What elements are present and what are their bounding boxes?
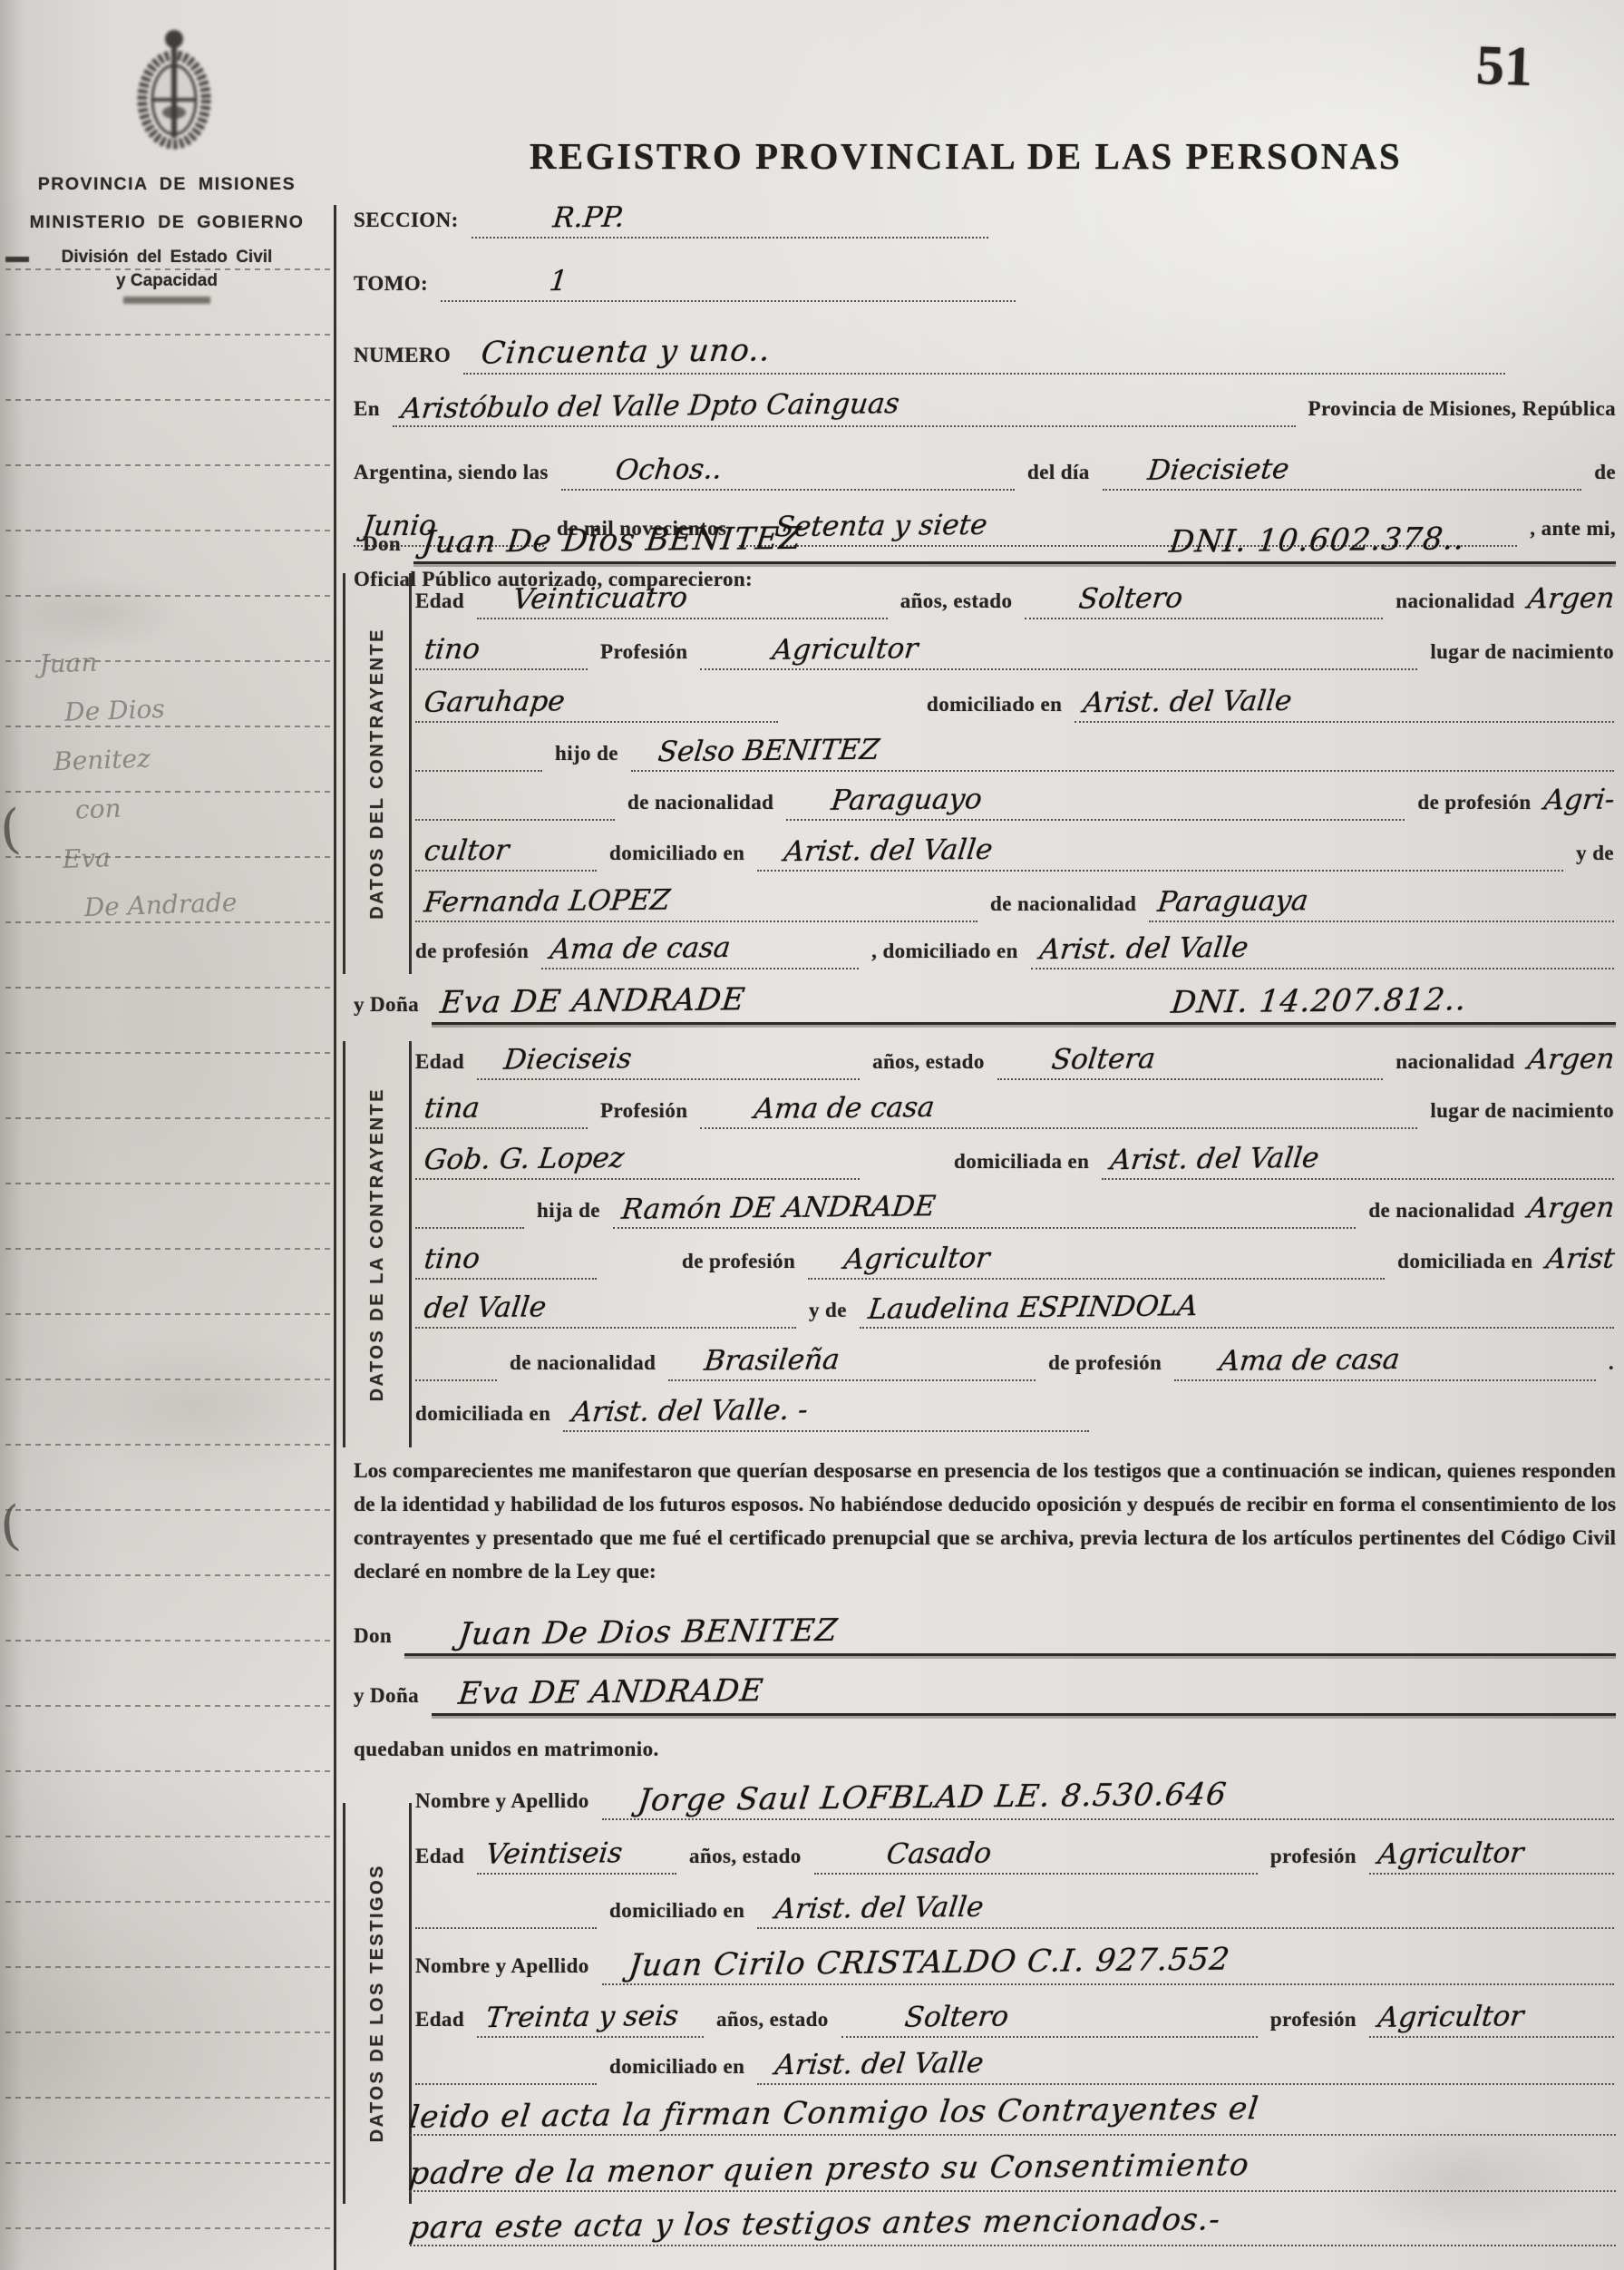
line-groom-mother: Fernanda LOPEZ de nacionalidad Paraguaya [415, 885, 1614, 922]
margin-note-line: Benitez [53, 731, 232, 786]
bride-nac-part2: tina [415, 1092, 588, 1129]
edad-label: Edad [415, 2008, 464, 2031]
nombre-apellido-label: Nombre y Apellido [415, 1789, 589, 1813]
y-de-label: y de [809, 1299, 847, 1322]
domicilio-label: domiciliada en [954, 1150, 1089, 1174]
fnac-label: de nacionalidad [627, 791, 773, 814]
tomo-value: 1 [441, 265, 1016, 302]
groom-nac-part2: tino [415, 633, 588, 670]
groom-name: Juan De Dios BENITEZ [421, 521, 804, 560]
estado-label: años, estado [872, 1050, 985, 1074]
en-label: En [354, 397, 380, 421]
don-label: Don [363, 532, 401, 556]
line-witness1-name: Nombre y Apellido Jorge Saul LOFBLAD LE.… [415, 1779, 1614, 1820]
mnac-label: de nacionalidad [510, 1351, 656, 1375]
line-declared-bride: y Doña Eva DE ANDRADE [354, 1674, 1616, 1716]
margin-note-line: De Dios [63, 682, 230, 736]
witness2-dom-value: Arist. del Valle [757, 2048, 1614, 2085]
line-united: quedaban unidos en matrimonio. [354, 1738, 1616, 1761]
line-bride-profession: tina Profesión Ama de casa lugar de naci… [415, 1092, 1614, 1129]
siendo-las-label: Argentina, siendo las [354, 461, 549, 484]
closing-line-1: leido el acta la firman Conmigo los Cont… [410, 2095, 1616, 2136]
bride-mother-nac-value: Brasileña [668, 1344, 1036, 1381]
margin-note-line: De Andrade [83, 878, 238, 932]
form-left-border [334, 205, 336, 2270]
dona-label: y Doña [354, 993, 419, 1017]
de-label: de [1594, 461, 1616, 484]
section-groom: DATOS DEL CONTRAYENTE [343, 573, 412, 974]
line-groom-name: Don Juan De Dios BENITEZ DNI. 10.602.378… [363, 522, 1616, 564]
section-bride: DATOS DE LA CONTRAYENTE [343, 1041, 412, 1447]
witness2-age-value: Treinta y seis [477, 2001, 704, 2038]
line-witness2-age: Edad Treinta y seis años, estado Soltero… [415, 2001, 1614, 2038]
father-nac-value: Paraguayo [786, 784, 1405, 821]
groom-age-value: Veinticuatro [477, 582, 888, 619]
section-witnesses-label: DATOS DE LOS TESTIGOS [367, 1864, 388, 2142]
fnac-label: de nacionalidad [1368, 1199, 1514, 1223]
father-prof-part1: Agri- [1541, 784, 1616, 817]
blank-rule [415, 1344, 497, 1381]
domicilio-label: domiciliado en [609, 2055, 744, 2079]
bride-nac-part1: Argen [1526, 1043, 1617, 1077]
profesion-label: Profesión [600, 640, 687, 664]
scanned-marriage-certificate: { "colors": {"paper":"#d8d6d2","ink":"#1… [0, 0, 1624, 2270]
margin-dash-mark [5, 257, 29, 262]
line-witness1-domicile: domiciliado en Arist. del Valle [415, 1892, 1614, 1929]
line-mother-profession: de profesión Ama de casa , domiciliado e… [415, 932, 1614, 969]
province-printed: Provincia de Misiones, República [1308, 397, 1617, 421]
closing-line-2: padre de la menor quien presto su Consen… [410, 2151, 1616, 2192]
bride-age-value: Dieciseis [477, 1043, 860, 1080]
line-bride-mother: del Valle y de Laudelina ESPINDOLA [415, 1291, 1614, 1329]
groom-dni: DNI. 10.602.378.. [1168, 521, 1467, 560]
line-bride-father: hija de Ramón DE ANDRADE de nacionalidad… [415, 1192, 1614, 1229]
margin-ruled-lines [5, 268, 330, 2244]
blank-rule [415, 2048, 597, 2085]
witness2-name-value: Juan Cirilo CRISTALDO C.I. 927.552 [602, 1944, 1614, 1985]
bride-domicile-value: Arist. del Valle [1102, 1143, 1614, 1180]
page-title: REGISTRO PROVINCIAL DE LAS PERSONAS [494, 134, 1437, 178]
line-bride-father-prof: tino de profesión Agricultor domiciliada… [415, 1242, 1614, 1280]
groom-nac-part1: Argen [1526, 582, 1617, 616]
nombre-apellido-label: Nombre y Apellido [415, 1954, 589, 1978]
section-bride-label: DATOS DE LA CONTRAYENTE [367, 1087, 388, 1401]
declared-groom-name: Juan De Dios BENITEZ [404, 1614, 1616, 1656]
line-father-domicile: cultor domiciliado en Arist. del Valle y… [415, 834, 1614, 872]
witness1-dom-value: Arist. del Valle [757, 1892, 1614, 1929]
don-label: Don [354, 1624, 392, 1648]
groom-father-value: Selso BENITEZ [631, 735, 1614, 772]
line-witness2-domicile: domiciliado en Arist. del Valle [415, 2048, 1614, 2085]
bride-dni: DNI. 14.207.812.. [1170, 981, 1469, 1020]
line-bride-mother-dom: domiciliada en Arist. del Valle. - [415, 1395, 1614, 1432]
lugar-label: lugar de nacimiento [1430, 640, 1614, 664]
bride-mother-prof-value: Ama de casa [1174, 1344, 1596, 1381]
line-groom-father: hijo de Selso BENITEZ [415, 735, 1614, 772]
y-de-label: y de [1576, 842, 1614, 865]
witness2-estado-value: Soltero [841, 2001, 1258, 2038]
line-declared-groom: Don Juan De Dios BENITEZ [354, 1614, 1616, 1656]
line-witness2-name: Nombre y Apellido Juan Cirilo CRISTALDO … [415, 1944, 1614, 1985]
blank-rule [415, 1192, 524, 1229]
nacionalidad-label: nacionalidad [1395, 589, 1514, 613]
witness1-prof-value: Agricultor [1369, 1837, 1614, 1875]
del-dia-label: del día [1027, 461, 1090, 484]
profesion-label: profesión [1270, 2008, 1357, 2031]
closing-text: para este acta y los testigos antes menc… [410, 2206, 1616, 2246]
domicilio-label: domiciliado en [927, 693, 1062, 716]
line-groom-age: Edad Veinticuatro años, estado Soltero n… [415, 582, 1614, 619]
period-mark: . [1609, 1351, 1614, 1375]
bride-father-nac-part1: Argen [1526, 1192, 1617, 1225]
ministry-name: MINISTERIO DE GOBIERNO [7, 212, 326, 233]
profesion-label: Profesión [600, 1099, 687, 1123]
fdom-label: domiciliado en [609, 842, 744, 865]
groom-domicile-value: Arist. del Valle [1075, 686, 1614, 723]
domicilio-label: domiciliado en [609, 1899, 744, 1923]
line-bride-age: Edad Dieciseis años, estado Soltera naci… [415, 1043, 1614, 1080]
groom-name-value: Juan De Dios BENITEZ DNI. 10.602.378.. [413, 522, 1616, 564]
line-time-day: Argentina, siendo las Ochos.. del día Di… [354, 453, 1616, 491]
bride-prof-value: Ama de casa [700, 1092, 1417, 1129]
coat-of-arms-icon [125, 25, 223, 164]
blank-rule [415, 784, 615, 821]
groom-estado-value: Soltero [1025, 582, 1383, 619]
bride-father-value: Ramón DE ANDRADE [613, 1192, 1356, 1229]
hijo-de-label: hijo de [555, 742, 618, 765]
father-prof-part2: cultor [415, 834, 597, 872]
closing-text: leido el acta la firman Conmigo los Cont… [410, 2095, 1616, 2136]
numero-value: Cincuenta y uno.. [463, 334, 1505, 375]
line-father-nationality: de nacionalidad Paraguayo de profesión A… [415, 784, 1614, 821]
mother-domicile-value: Arist. del Valle [1031, 932, 1614, 969]
bride-father-dom-part2: del Valle [415, 1291, 796, 1329]
mprof-label: de profesión [1048, 1351, 1162, 1375]
witness1-estado-value: Casado [814, 1837, 1258, 1875]
line-groom-profession: tino Profesión Agricultor lugar de nacim… [415, 633, 1614, 670]
margin-note-line: Juan [38, 633, 229, 688]
hour-value: Ochos.. [561, 453, 1015, 491]
mdom-label: domiciliada en [415, 1402, 550, 1426]
father-domicile-value: Arist. del Valle [757, 834, 1563, 872]
bride-father-nac-part2: tino [415, 1242, 597, 1280]
blank-rule [415, 1892, 597, 1929]
division-name-line1: División del Estado Civil [7, 248, 326, 268]
edad-label: Edad [415, 589, 464, 613]
mprof-label: de profesión [415, 940, 529, 963]
place-value: Aristóbulo del Valle Dpto Cainguas [393, 390, 1296, 427]
declared-bride-name: Eva DE ANDRADE [432, 1674, 1616, 1716]
section-groom-label: DATOS DEL CONTRAYENTE [367, 628, 388, 920]
seccion-value: R.PP. [472, 201, 988, 239]
bride-father-dom-part1: Arist [1543, 1242, 1616, 1276]
bride-birthplace-value: Gob. G. Lopez [415, 1143, 860, 1180]
edad-label: Edad [415, 1845, 464, 1868]
page-number: 51 [1475, 34, 1533, 100]
witness2-prof-value: Agricultor [1369, 2001, 1614, 2038]
groom-birthplace-value: Garuhape [415, 686, 778, 723]
united-statement: quedaban unidos en matrimonio. [354, 1738, 659, 1761]
seccion-label: SECCION: [354, 209, 459, 232]
hija-de-label: hija de [537, 1199, 600, 1223]
groom-mother-value: Fernanda LOPEZ [415, 885, 977, 922]
closing-text: padre de la menor quien presto su Consen… [410, 2151, 1616, 2192]
mdom-label: , domiciliado en [871, 940, 1018, 963]
bride-estado-value: Soltera [997, 1043, 1384, 1080]
witness1-name-value: Jorge Saul LOFBLAD LE. 8.530.646 [602, 1779, 1614, 1820]
nacionalidad-label: nacionalidad [1395, 1050, 1514, 1074]
numero-label: NUMERO [354, 344, 451, 367]
tomo-label: TOMO: [354, 272, 428, 296]
fprof-label: de profesión [682, 1250, 795, 1273]
blank-rule [415, 735, 542, 772]
witness1-age-value: Veintiseis [477, 1837, 676, 1875]
line-witness1-age: Edad Veintiseis años, estado Casado prof… [415, 1837, 1614, 1875]
bride-name: Eva DE ANDRADE [439, 981, 748, 1021]
margin-note-line: Eva [62, 829, 236, 884]
bride-mother-value: Laudelina ESPINDOLA [860, 1291, 1614, 1329]
field-tomo: TOMO: 1 [354, 265, 1016, 302]
line-bride-birthplace: Gob. G. Lopez domiciliada en Arist. del … [415, 1143, 1614, 1180]
fprof-label: de profesión [1417, 791, 1531, 814]
declaration-paragraph: Los comparecientes me manifestaron que q… [354, 1455, 1616, 1589]
groom-prof-value: Agricultor [700, 633, 1417, 670]
line-bride-mother-nac: de nacionalidad Brasileña de profesión A… [415, 1344, 1614, 1381]
day-value: Diecisiete [1103, 453, 1582, 491]
margin-annotation: Juan De Dios Benitez con Eva De Andrade [38, 633, 238, 933]
estado-label: años, estado [716, 2008, 829, 2031]
field-seccion: SECCION: R.PP. [354, 201, 988, 239]
section-witnesses: DATOS DE LOS TESTIGOS [343, 1803, 412, 2204]
fdom-label: domiciliada en [1397, 1250, 1532, 1273]
closing-line-3: para este acta y los testigos antes menc… [410, 2206, 1616, 2246]
mother-nac-value: Paraguaya [1149, 885, 1614, 922]
estado-label: años, estado [689, 1845, 802, 1868]
line-place: En Aristóbulo del Valle Dpto Cainguas Pr… [354, 390, 1616, 427]
dona-label: y Doña [354, 1684, 419, 1708]
bride-mother-dom-value: Arist. del Valle. - [563, 1395, 1089, 1432]
estado-label: años, estado [900, 589, 1013, 613]
edad-label: Edad [415, 1050, 464, 1074]
line-bride-name: y Doña Eva DE ANDRADE DNI. 14.207.812.. [354, 983, 1616, 1025]
bride-name-value: Eva DE ANDRADE DNI. 14.207.812.. [432, 983, 1616, 1025]
line-groom-birthplace: Garuhape domiciliado en Arist. del Valle [415, 686, 1614, 723]
mother-prof-value: Ama de casa [541, 932, 859, 969]
province-name: PROVINCIA DE MISIONES [7, 174, 326, 195]
field-numero: NUMERO Cincuenta y uno.. [354, 334, 1505, 375]
profesion-label: profesión [1270, 1845, 1357, 1868]
margin-note-line: con [74, 780, 234, 834]
bride-father-prof-value: Agricultor [808, 1242, 1385, 1280]
lugar-label: lugar de nacimiento [1430, 1099, 1614, 1123]
mnac-label: de nacionalidad [990, 892, 1136, 916]
